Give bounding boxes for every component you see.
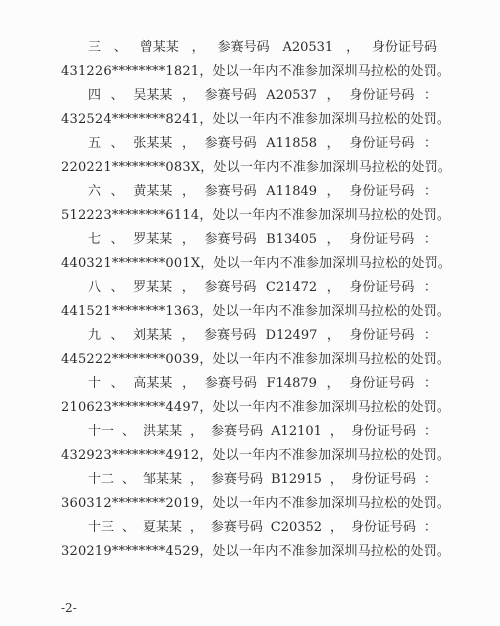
comma: ， xyxy=(190,468,203,492)
id-number: 440321********001X xyxy=(61,256,200,271)
bib-label: 参赛号码 xyxy=(204,276,256,300)
person-name: 曾某某 xyxy=(140,36,179,60)
penalty-text: ，处以一年内不准参加深圳马拉松的处罚。 xyxy=(199,400,450,415)
comma: ， xyxy=(190,516,203,540)
id-label: 身份证号码 xyxy=(349,132,414,156)
bib-number: C21472 xyxy=(266,276,317,300)
entry-number: 九 xyxy=(88,324,101,348)
penalty-entry: 五、张某某，参赛号码A11858，身份证号码： 220221********08… xyxy=(61,132,437,180)
colon: ： xyxy=(424,420,437,444)
id-number: 445222********0039 xyxy=(61,352,199,367)
colon: ： xyxy=(424,468,437,492)
penalty-entry: 十二、邹某某，参赛号码B12915，身份证号码： 360312********2… xyxy=(61,468,437,516)
comma: ， xyxy=(327,324,340,348)
separator: 、 xyxy=(111,372,124,396)
entry-number: 十 xyxy=(88,372,101,396)
id-label: 身份证号码 xyxy=(349,180,414,204)
bib-label: 参赛号码 xyxy=(205,180,257,204)
entry-number: 十一 xyxy=(88,420,114,444)
penalty-text: ，处以一年内不准参加深圳马拉松的处罚。 xyxy=(199,64,450,79)
id-number: 512223********6114 xyxy=(61,208,199,223)
bib-number: B13405 xyxy=(266,228,317,252)
entry-number: 六 xyxy=(88,180,101,204)
bib-label: 参赛号码 xyxy=(211,516,263,540)
id-number: 210623********4497 xyxy=(61,400,199,415)
entry-number: 四 xyxy=(88,84,101,108)
colon: ： xyxy=(424,132,437,156)
person-name: 洪某某 xyxy=(143,420,182,444)
penalty-text: ，处以一年内不准参加深圳马拉松的处罚。 xyxy=(199,304,450,319)
page-number: -2- xyxy=(61,601,77,615)
entry-number: 三 xyxy=(88,36,101,60)
person-name: 刘某某 xyxy=(133,324,172,348)
id-number: 320219********4529 xyxy=(61,544,199,559)
id-number: 220221********083X xyxy=(61,160,200,175)
colon: ： xyxy=(424,84,437,108)
id-label: 身份证号码 xyxy=(349,276,414,300)
comma: ， xyxy=(182,276,195,300)
comma: ， xyxy=(182,324,195,348)
penalty-entry: 八、罗某某，参赛号码C21472，身份证号码： 441521********13… xyxy=(61,276,437,324)
separator: 、 xyxy=(122,420,135,444)
separator: 、 xyxy=(111,84,124,108)
entry-number: 十三 xyxy=(88,516,114,540)
document-page: 三、曾某某，参赛号码A20531，身份证号码 431226********182… xyxy=(0,0,500,626)
id-label: 身份证号码 xyxy=(349,84,414,108)
colon: ： xyxy=(424,516,437,540)
id-label: 身份证号码 xyxy=(349,324,414,348)
person-name: 罗某某 xyxy=(133,276,172,300)
colon: ： xyxy=(424,372,437,396)
id-label: 身份证号码 xyxy=(351,516,416,540)
penalty-text: ，处以一年内不准参加深圳马拉松的处罚。 xyxy=(200,160,451,175)
comma: ， xyxy=(330,468,343,492)
colon: ： xyxy=(424,228,437,252)
separator: 、 xyxy=(111,276,124,300)
bib-number: C20352 xyxy=(271,516,322,540)
id-number: 432923********4912 xyxy=(61,448,199,463)
id-number: 431226********1821 xyxy=(61,64,199,79)
penalty-entry: 十一、洪某某，参赛号码A12101，身份证号码： 432923********4… xyxy=(61,420,437,468)
entry-number: 八 xyxy=(88,276,101,300)
colon: ： xyxy=(424,324,437,348)
bib-label: 参赛号码 xyxy=(218,36,270,60)
comma: ， xyxy=(330,516,343,540)
person-name: 邹某某 xyxy=(143,468,182,492)
penalty-text: ，处以一年内不准参加深圳马拉松的处罚。 xyxy=(199,496,450,511)
penalty-entry: 六、黄某某，参赛号码A11849，身份证号码： 512223********61… xyxy=(61,180,437,228)
penalty-entry: 三、曾某某，参赛号码A20531，身份证号码 431226********182… xyxy=(61,36,437,84)
comma: ， xyxy=(327,276,340,300)
penalty-entry: 九、刘某某，参赛号码D12497，身份证号码： 445222********00… xyxy=(61,324,437,372)
entry-number: 五 xyxy=(88,132,101,156)
id-label: 身份证号码 xyxy=(351,468,416,492)
bib-number: A20531 xyxy=(282,36,333,60)
penalty-text: ，处以一年内不准参加深圳马拉松的处罚。 xyxy=(200,256,451,271)
person-name: 黄某某 xyxy=(133,180,172,204)
bib-label: 参赛号码 xyxy=(211,468,263,492)
penalty-entry: 四、吴某某，参赛号码A20537，身份证号码： 432524********82… xyxy=(61,84,437,132)
bib-label: 参赛号码 xyxy=(205,228,257,252)
bib-number: A11849 xyxy=(266,180,317,204)
separator: 、 xyxy=(122,516,135,540)
colon: ： xyxy=(424,180,437,204)
bib-number: A12101 xyxy=(271,420,322,444)
comma: ， xyxy=(182,84,195,108)
bib-label: 参赛号码 xyxy=(205,84,257,108)
comma: ， xyxy=(182,372,195,396)
id-number: 360312********2019 xyxy=(61,496,199,511)
penalty-text: ，处以一年内不准参加深圳马拉松的处罚。 xyxy=(199,352,450,367)
id-number: 432524********8241 xyxy=(61,112,199,127)
separator: 、 xyxy=(111,228,124,252)
bib-label: 参赛号码 xyxy=(205,132,257,156)
penalty-text: ，处以一年内不准参加深圳马拉松的处罚。 xyxy=(199,112,450,127)
penalty-text: ，处以一年内不准参加深圳马拉松的处罚。 xyxy=(199,448,450,463)
comma: ， xyxy=(327,84,340,108)
separator: 、 xyxy=(111,180,124,204)
penalty-text: ，处以一年内不准参加深圳马拉松的处罚。 xyxy=(199,208,450,223)
bib-label: 参赛号码 xyxy=(205,372,257,396)
bib-number: D12497 xyxy=(266,324,318,348)
id-label: 身份证号码 xyxy=(349,372,414,396)
comma: ， xyxy=(327,228,340,252)
entry-number: 七 xyxy=(88,228,101,252)
id-label: 身份证号码 xyxy=(351,420,416,444)
entry-number: 十二 xyxy=(88,468,114,492)
id-number: 441521********1363 xyxy=(61,304,199,319)
person-name: 夏某某 xyxy=(143,516,182,540)
comma: ， xyxy=(182,132,195,156)
penalty-entry: 十三、夏某某，参赛号码C20352，身份证号码： 320219********4… xyxy=(61,516,437,564)
person-name: 高某某 xyxy=(133,372,172,396)
comma: ， xyxy=(182,228,195,252)
bib-number: F14879 xyxy=(267,372,317,396)
separator: 、 xyxy=(114,36,127,60)
person-name: 吴某某 xyxy=(133,84,172,108)
separator: 、 xyxy=(111,324,124,348)
id-label: 身份证号码 xyxy=(372,36,437,60)
comma: ， xyxy=(327,180,340,204)
separator: 、 xyxy=(122,468,135,492)
comma: ， xyxy=(327,132,340,156)
comma: ， xyxy=(190,420,203,444)
bib-number: A20537 xyxy=(266,84,317,108)
comma: ， xyxy=(346,36,359,60)
person-name: 张某某 xyxy=(133,132,172,156)
bib-label: 参赛号码 xyxy=(204,324,256,348)
comma: ， xyxy=(192,36,205,60)
separator: 、 xyxy=(111,132,124,156)
id-label: 身份证号码 xyxy=(349,228,414,252)
person-name: 罗某某 xyxy=(133,228,172,252)
penalty-text: ，处以一年内不准参加深圳马拉松的处罚。 xyxy=(199,544,450,559)
comma: ， xyxy=(182,180,195,204)
bib-number: B12915 xyxy=(271,468,322,492)
bib-label: 参赛号码 xyxy=(211,420,263,444)
colon: ： xyxy=(424,276,437,300)
penalty-entry: 七、罗某某，参赛号码B13405，身份证号码： 440321********00… xyxy=(61,228,437,276)
bib-number: A11858 xyxy=(266,132,317,156)
comma: ， xyxy=(330,420,343,444)
penalty-entry: 十、高某某，参赛号码F14879，身份证号码： 210623********44… xyxy=(61,372,437,420)
comma: ， xyxy=(327,372,340,396)
